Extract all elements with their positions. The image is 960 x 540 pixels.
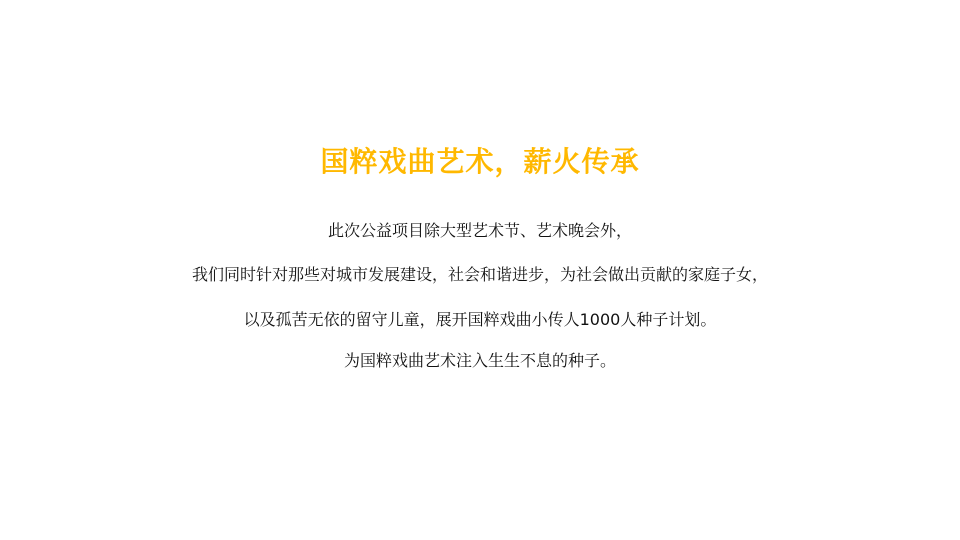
slide-title: 国粹戏曲艺术，薪火传承 bbox=[0, 142, 960, 182]
body-line-1: 此次公益项目除大型艺术节、艺术晚会外， bbox=[0, 220, 960, 242]
body-line-4: 为国粹戏曲艺术注入生生不息的种子。 bbox=[0, 350, 960, 372]
body-line-3: 以及孤苦无依的留守儿童，展开国粹戏曲小传人1000人种子计划。 bbox=[0, 309, 960, 331]
body-line-2: 我们同时针对那些对城市发展建设，社会和谐进步，为社会做出贡献的家庭子女， bbox=[0, 264, 960, 286]
